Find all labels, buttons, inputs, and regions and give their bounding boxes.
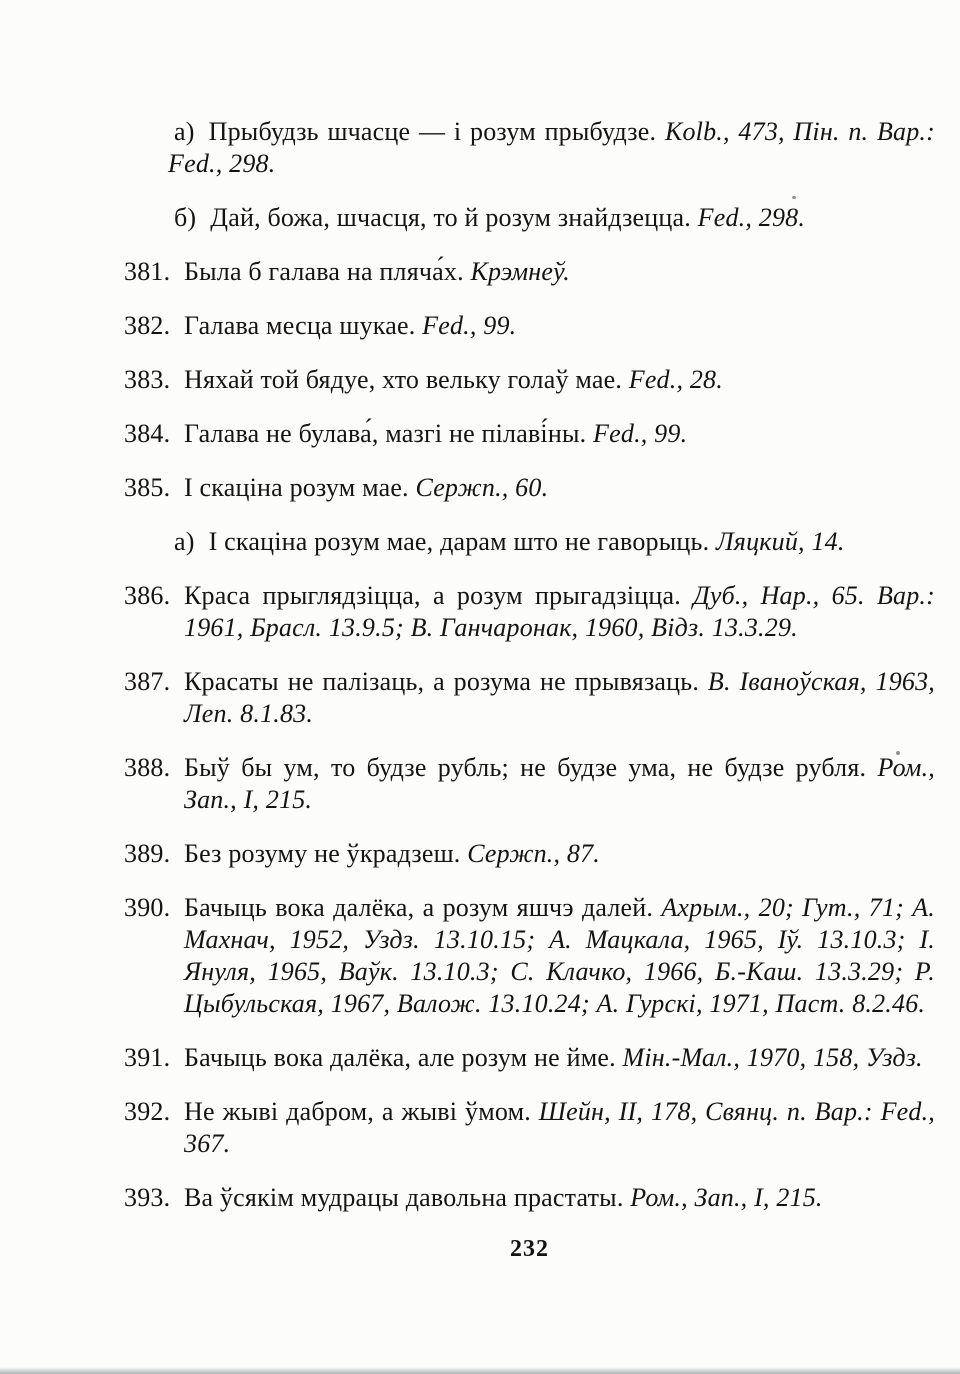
proverb-entry-389: 389.Без розуму не ўкрадзеш. Сержп., 87. [124, 838, 935, 870]
entry-number: 391. [124, 1042, 184, 1074]
proverb-entry-388: 388.Быў бы ум, то будзе рубль; не будзе … [124, 752, 935, 816]
proverb-text: Ва ўсякім мудрацы давольна прастаты. [184, 1183, 624, 1212]
entry-number: 381. [124, 256, 184, 288]
proverb-text: Бачыць вока далёка, але розум не йме. [184, 1043, 616, 1072]
page-number: 232 [124, 1236, 935, 1263]
proverb-entry-385: 385.І скаціна розум мае. Сержп., 60. [124, 472, 935, 504]
proverb-entry-382: 382.Галава месца шукае. Fed., 99. [124, 310, 935, 342]
proverb-entry-386: 386.Краса прыглядзіцца, а розум прыгадзі… [124, 580, 935, 644]
source-citation: Ляцкий, 14. [716, 527, 845, 556]
proverb-text: Галава месца шукае. [184, 311, 415, 340]
entry-number: 383. [124, 364, 184, 396]
proverb-entry-387: 387.Красаты не палізаць, а розума не пры… [124, 666, 935, 730]
entry-number: 393. [124, 1182, 184, 1214]
entry-number: 390. [124, 892, 184, 924]
entry-number: 384. [124, 418, 184, 450]
proverb-text: Бачыць вока далёка, а розум яшчэ далей. [184, 893, 653, 922]
scan-speck [792, 196, 796, 199]
entry-number: 382. [124, 310, 184, 342]
source-citation: Ром., Зап., I, 215. [630, 1183, 822, 1212]
source-citation: Сержп., 60. [415, 473, 548, 502]
scan-bottom-edge [0, 1367, 960, 1374]
entry-number: 392. [124, 1096, 184, 1128]
proverb-entry-390: 390.Бачыць вока далёка, а розум яшчэ дал… [124, 892, 935, 1020]
variant-label: а) [174, 526, 195, 558]
variant-item-b-top: б)Дай, божа, шчасця, то й розум знайдзец… [124, 202, 935, 234]
source-citation: Мін.-Мал., 1970, 158, Уздз. [623, 1043, 923, 1072]
proverb-text: Няхай той бядуе, хто вельку голаў мае. [184, 365, 622, 394]
proverb-text: Была б галава на пляча́х. [184, 257, 464, 286]
proverb-entry-383: 383.Няхай той бядуе, хто вельку голаў ма… [124, 364, 935, 396]
source-citation: Сержп., 87. [467, 839, 600, 868]
source-citation: Fed., 28. [629, 365, 723, 394]
entry-number: 385. [124, 472, 184, 504]
proverb-text: І скаціна розум мае. [184, 473, 409, 502]
proverb-text: Быў бы ум, то будзе рубль; не будзе ума,… [184, 753, 866, 782]
proverb-entry-391: 391.Бачыць вока далёка, але розум не йме… [124, 1042, 935, 1074]
proverb-entry-381: 381.Была б галава на пляча́х. Крэмнеў. [124, 256, 935, 288]
entry-number: 387. [124, 666, 184, 698]
proverb-text: Прыбудзь шчасце — і розум прыбудзе. [209, 117, 657, 146]
entry-number: 386. [124, 580, 184, 612]
proverb-text: Красаты не палізаць, а розума не прывяза… [184, 667, 699, 696]
source-citation: Крэмнеў. [470, 257, 569, 286]
entry-number: 388. [124, 752, 184, 784]
proverb-text: Дай, божа, шчасця, то й розум знайдзецца… [210, 203, 691, 232]
variant-item-385a: а)І скаціна розум мае, дарам што не гаво… [124, 526, 935, 558]
variant-item-a-top: а)Прыбудзь шчасце — і розум прыбудзе. Ko… [124, 116, 935, 180]
variant-label: а) [174, 116, 195, 148]
proverb-entry-393: 393.Ва ўсякім мудрацы давольна прастаты.… [124, 1182, 935, 1214]
source-citation: Fed., 99. [593, 419, 687, 448]
proverbs-text-block: а)Прыбудзь шчасце — і розум прыбудзе. Ko… [0, 0, 960, 1263]
source-citation: Fed., 99. [422, 311, 516, 340]
proverb-entry-392: 392.Не жыві дабром, а жыві ўмом. Шейн, I… [124, 1096, 935, 1160]
entry-number: 389. [124, 838, 184, 870]
source-citation: Fed., 298. [698, 203, 805, 232]
proverb-text: Краса прыглядзіцца, а розум прыгадзіцца. [184, 581, 681, 610]
proverb-text: І скаціна розум мае, дарам што не гаворы… [209, 527, 710, 556]
book-page: а)Прыбудзь шчасце — і розум прыбудзе. Ko… [0, 0, 960, 1374]
proverb-text: Не жыві дабром, а жыві ўмом. [184, 1097, 531, 1126]
scan-speck [896, 751, 900, 755]
proverb-text: Без розуму не ўкрадзеш. [184, 839, 461, 868]
proverb-entry-384: 384.Галава не булава́, мазгі не пілаві́н… [124, 418, 935, 450]
variant-label: б) [174, 202, 196, 234]
proverb-text: Галава не булава́, мазгі не пілаві́ны. [184, 419, 586, 448]
